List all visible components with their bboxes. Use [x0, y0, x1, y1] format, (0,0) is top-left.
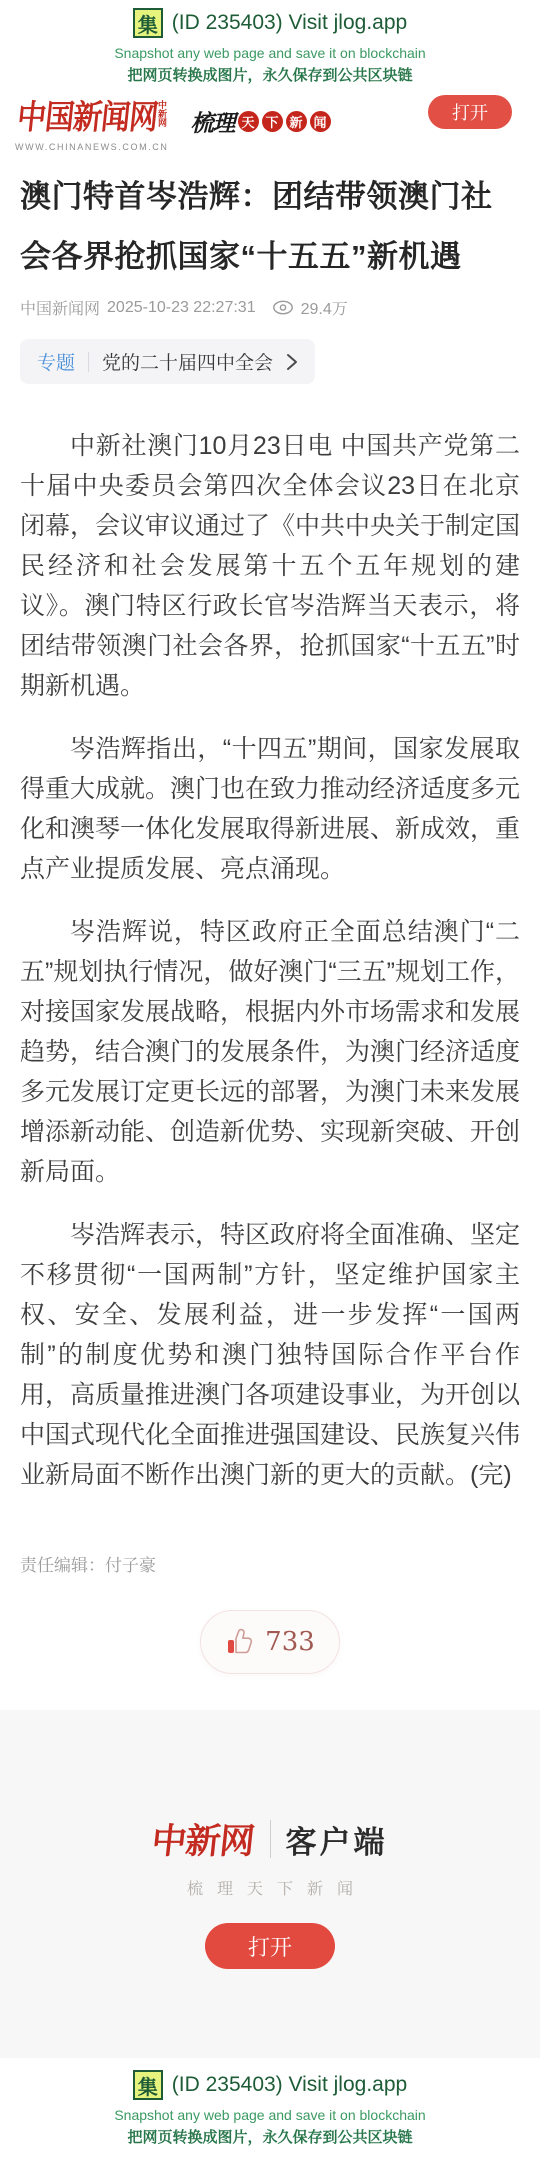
article-paragraph: 岑浩辉说，特区政府正全面总结澳门“二五”规划执行情况，做好澳门“三五”规划工作，…: [20, 912, 520, 1192]
chevron-right-icon: [286, 352, 298, 372]
chinanews-logo-vertical: 中新网: [158, 101, 168, 128]
topic-label: 专题: [37, 348, 75, 375]
banner-subtitle-en: Snapshot any web page and save it on blo…: [0, 2107, 540, 2123]
chinanews-logo: 中国新闻网: [15, 92, 160, 139]
blockchain-banner-bottom: 集 (ID 235403) Visit jlog.app Snapshot an…: [0, 2058, 540, 2147]
blockchain-banner-link[interactable]: 集 (ID 235403) Visit jlog.app: [0, 2070, 540, 2100]
news-article-page: 集 (ID 235403) Visit jlog.app Snapshot an…: [0, 0, 540, 2180]
blockchain-banner-link[interactable]: 集 (ID 235403) Visit jlog.app: [0, 8, 540, 38]
banner-subtitle-zh: 把网页转换成图片，永久保存到公共区块链: [0, 2126, 540, 2147]
stamp-seal: 下: [262, 111, 283, 132]
article-meta: 中国新闻网 2025-10-23 22:27:31 29.4万: [20, 296, 520, 319]
stamp-seal: 闻: [310, 111, 331, 132]
stamp-seal: 天: [238, 111, 259, 132]
article-datetime: 2025-10-23 22:27:31: [107, 299, 256, 317]
blockchain-banner-top: 集 (ID 235403) Visit jlog.app Snapshot an…: [0, 0, 540, 85]
like-button[interactable]: 733: [200, 1610, 340, 1674]
article-title: 澳门特首岑浩辉：团结带领澳门社会各界抢抓国家“十五五”新机遇: [20, 167, 520, 287]
open-app-button-top[interactable]: 打开: [428, 95, 512, 129]
chinanews-app-logo: 中新网: [150, 1814, 257, 1864]
site-logo[interactable]: 中国新闻网 中新网 WWW.CHINANEWS.COM.CN: [15, 98, 169, 152]
app-footer-logo: 中新网 客户端: [0, 1814, 540, 1864]
slogan-stamp: 梳理 天 下 新 闻: [191, 105, 331, 138]
open-app-button-footer[interactable]: 打开: [205, 1923, 335, 1969]
article-source: 中国新闻网: [20, 296, 100, 319]
app-footer-slogan: 梳理天下新闻: [0, 1876, 540, 1899]
like-count: 733: [265, 1627, 315, 1657]
article-paragraph: 岑浩辉表示，特区政府将全面准确、坚定不移贯彻“一国两制”方针，坚定维护国家主权、…: [20, 1215, 520, 1495]
editor-credit: 责任编辑：付子豪: [20, 1551, 520, 1576]
banner-subtitle-zh: 把网页转换成图片，永久保存到公共区块链: [0, 64, 540, 85]
topic-divider: [88, 352, 89, 372]
thumbs-up-icon: [225, 1627, 255, 1657]
snapshot-badge-icon: 集: [133, 2070, 163, 2100]
site-url: WWW.CHINANEWS.COM.CN: [15, 142, 169, 152]
app-client-label: 客户端: [286, 1817, 388, 1862]
article-paragraph: 中新社澳门10月23日电 中国共产党第二十届中央委员会第四次全体会议23日在北京…: [20, 426, 520, 706]
banner-subtitle-en: Snapshot any web page and save it on blo…: [0, 45, 540, 61]
app-promo-footer: 中新网 客户端 梳理天下新闻 打开: [0, 1710, 540, 2058]
site-header: 中国新闻网 中新网 WWW.CHINANEWS.COM.CN 梳理 天 下 新 …: [0, 85, 540, 143]
views-count: 29.4万: [301, 296, 348, 319]
banner-id-text: (ID 235403) Visit jlog.app: [172, 2073, 407, 2097]
stamp-prefix-text: 梳理: [191, 105, 235, 138]
snapshot-badge-icon: 集: [133, 8, 163, 38]
topic-link-bar[interactable]: 专题 党的二十届四中全会: [20, 339, 315, 384]
article-body: 中新社澳门10月23日电 中国共产党第二十届中央委员会第四次全体会议23日在北京…: [20, 426, 520, 1495]
topic-name: 党的二十届四中全会: [102, 348, 273, 375]
stamp-seal: 新: [286, 111, 307, 132]
footer-logo-divider: [270, 1820, 271, 1858]
views-eye-icon: [272, 300, 294, 315]
banner-id-text: (ID 235403) Visit jlog.app: [172, 11, 407, 35]
article-paragraph: 岑浩辉指出，“十四五”期间，国家发展取得重大成就。澳门也在致力推动经济适度多元化…: [20, 729, 520, 889]
